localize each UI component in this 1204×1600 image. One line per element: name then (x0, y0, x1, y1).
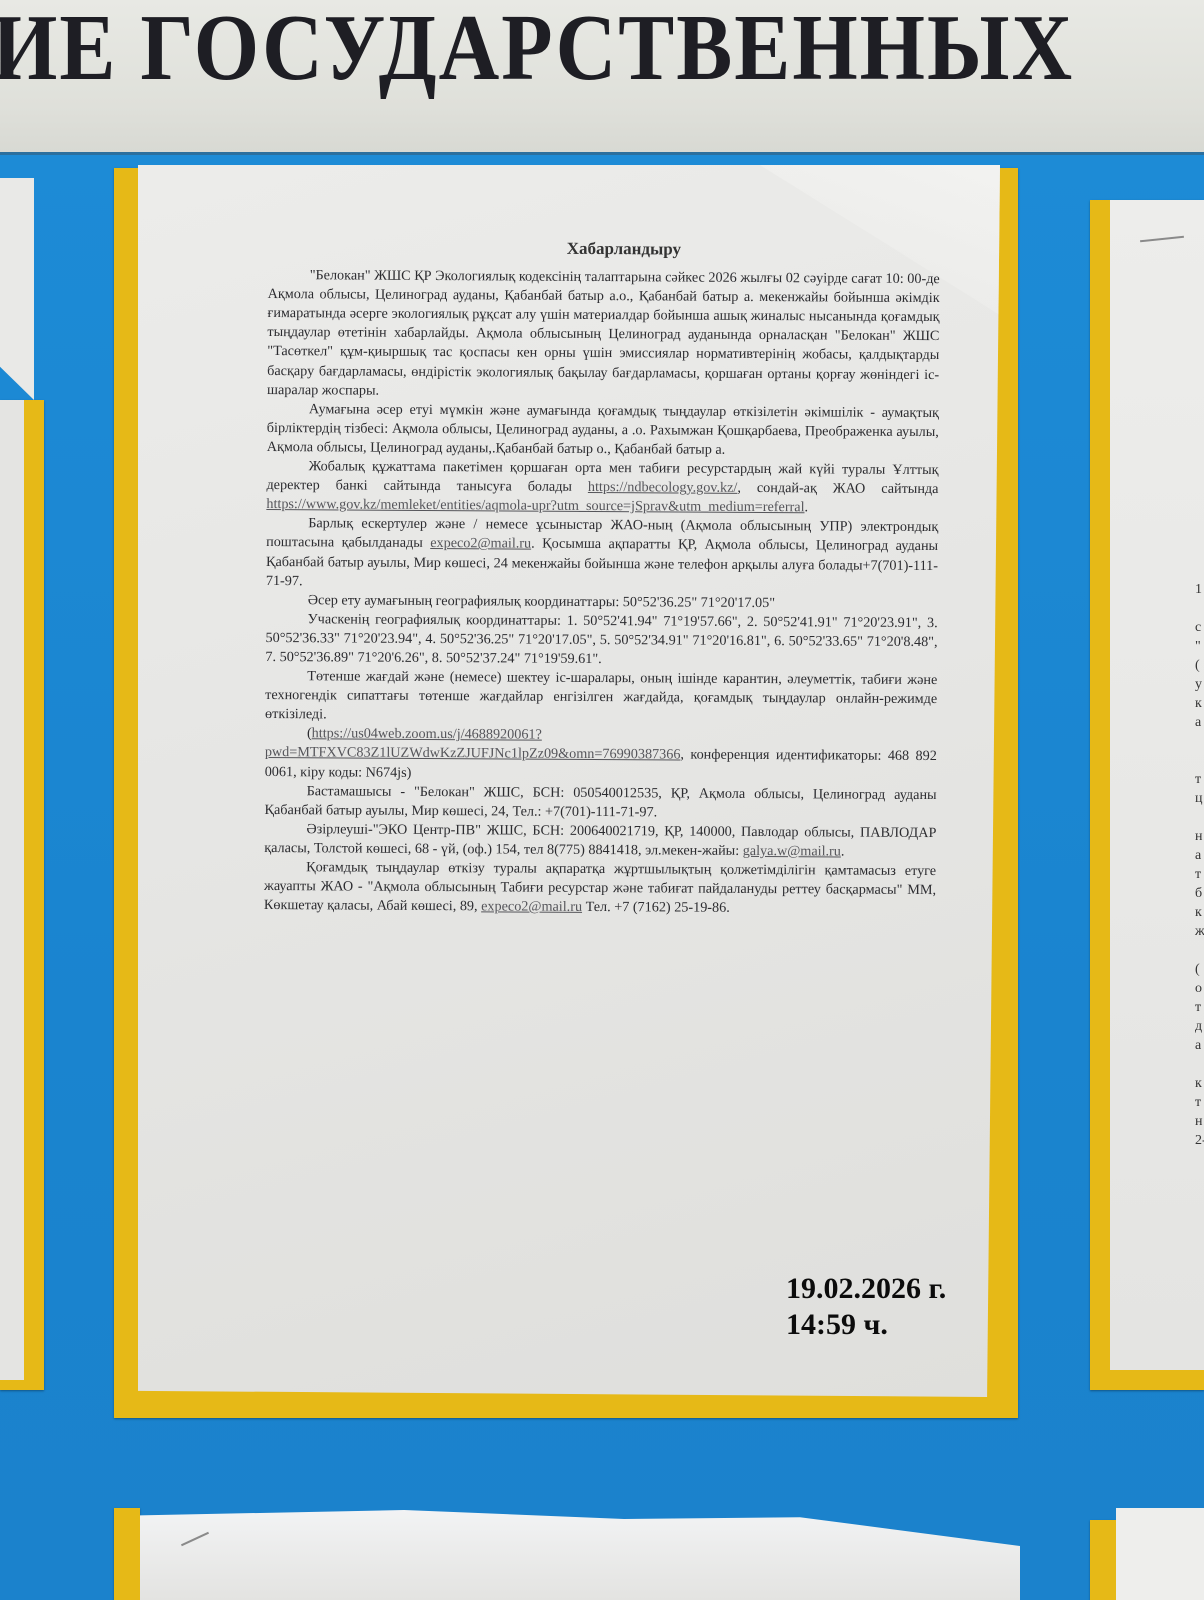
staple-icon (181, 1532, 209, 1546)
banner-title: ИЕ ГОСУДАРСТВЕННЫХ (0, 0, 1074, 103)
notice-link[interactable]: https://ndbecology.gov.kz/ (588, 479, 738, 496)
left-notice-corner (0, 178, 34, 400)
notice-paragraph: "Белокан" ЖШС ҚР Экологиялық кодексінің … (267, 266, 940, 404)
notice-link[interactable]: expeco2@mail.ru (430, 535, 531, 552)
header-banner: ИЕ ГОСУДАРСТВЕННЫХ (0, 0, 1204, 155)
notice-link[interactable]: https://www.gov.kz/memleket/entities/aqm… (266, 496, 804, 515)
notice-link[interactable]: https://us04web.zoom.us/j/4688920061?pwd… (265, 726, 681, 763)
notice-paragraph: Аумағына әсер етуі мүмкін және аумағында… (267, 400, 939, 461)
stamp-time: 14:59 ч. (786, 1307, 946, 1343)
right-notice-paper (1110, 200, 1204, 1370)
stamp-date: 19.02.2026 г. (786, 1271, 946, 1307)
notice-paragraph: Барлық ескертулер және / немесе ұсыныста… (266, 514, 938, 594)
notice-paragraph: Әзірлеуші-"ЭКО Центр-ПВ" ЖШС, БСН: 20064… (264, 820, 936, 862)
notice-body: "Белокан" ЖШС ҚР Экологиялық кодексінің … (264, 266, 940, 919)
notice-title: Хабарландыру (308, 237, 940, 260)
notice-paragraph: (https://us04web.zoom.us/j/4688920061?pw… (265, 724, 937, 785)
notice-link[interactable]: expeco2@mail.ru (481, 899, 582, 916)
notice-paragraph: Төтенше жағдай және (немесе) шектеу іс-ш… (265, 667, 937, 728)
notice-paragraph: Жобалық құжаттама пакетімен қоршаған орт… (266, 457, 938, 518)
notice-paragraph: Бастамашысы - "Белокан" ЖШС, БСН: 050540… (264, 782, 936, 824)
notice-link[interactable]: galya.w@mail.ru (743, 843, 841, 860)
notice-paragraph: Қоғамдық тыңдаулар өткізу туралы ақпарат… (264, 858, 936, 919)
date-stamp: 19.02.2026 г. 14:59 ч. (786, 1271, 946, 1343)
main-notice-paper: Хабарландыру "Белокан" ЖШС ҚР Экологиялы… (138, 165, 1000, 1397)
bottom-frame-edge (114, 1508, 140, 1600)
bottom-right-frame-edge (1090, 1520, 1116, 1600)
left-notice-paper (0, 400, 24, 1380)
staple-icon (1140, 236, 1184, 243)
notice-paragraph: Учаскенің географиялық координаттары: 1.… (265, 610, 937, 671)
right-notice-fragment: 1 с " ( у к а т ц н а т б к ж ( о т д а … (1195, 580, 1204, 1150)
bottom-right-notice-paper (1116, 1508, 1204, 1600)
notice-document: Хабарландыру "Белокан" ЖШС ҚР Экологиялы… (264, 237, 940, 919)
